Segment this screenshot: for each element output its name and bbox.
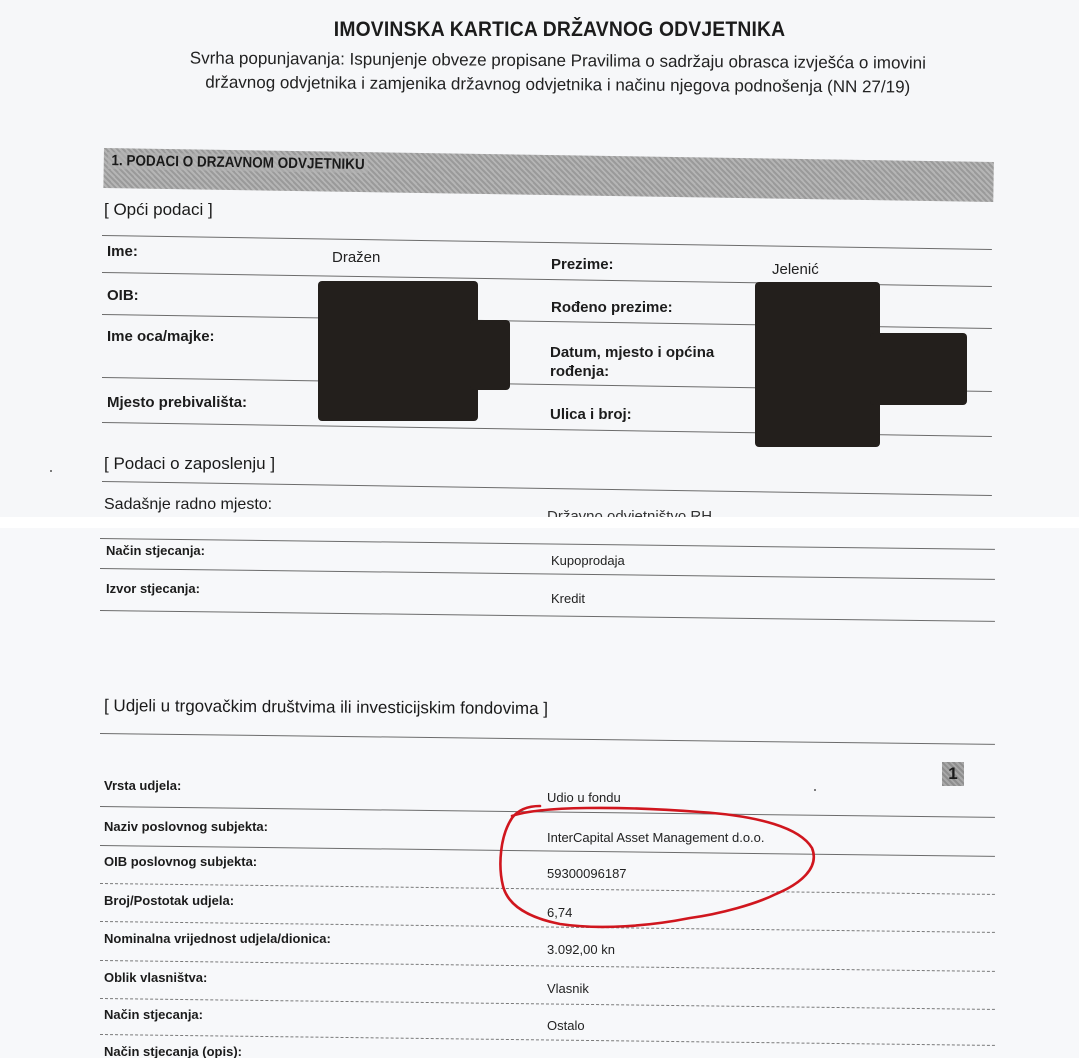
divider bbox=[102, 235, 992, 250]
field-label-oib: OIB: bbox=[107, 287, 139, 304]
field-value-prezime: Jelenić bbox=[772, 261, 819, 278]
scan-page-top: IMOVINSKA KARTICA DRŽAVNOG ODVJETNIKA Sv… bbox=[0, 0, 1079, 517]
divider bbox=[100, 806, 995, 818]
divider bbox=[100, 883, 995, 895]
divider bbox=[100, 610, 995, 622]
section-heading: 1. PODACI O DRZAVNOM ODVJETNIKU bbox=[108, 152, 369, 173]
share-percentage-label: Broj/Postotak udjela: bbox=[104, 893, 234, 908]
company-name-value: InterCapital Asset Management d.o.o. bbox=[547, 830, 765, 845]
field-label-ulica-broj: Ulica i broj: bbox=[550, 406, 632, 423]
acquisition-source-label: Izvor stjecanja: bbox=[106, 581, 200, 596]
acquisition-method-label: Način stjecanja: bbox=[106, 543, 205, 558]
field-label-radno-mjesto: Sadašnje radno mjesto: bbox=[104, 496, 272, 514]
acquisition-source-value: Kredit bbox=[551, 591, 585, 606]
general-data-heading: [ Opći podaci ] bbox=[104, 200, 213, 220]
document-subtitle: Svrha popunjavanja: Ispunjenje obveze pr… bbox=[118, 46, 998, 100]
scan-speck bbox=[50, 470, 52, 472]
redaction-block bbox=[870, 333, 967, 405]
field-label-rodeno-prezime: Rođeno prezime: bbox=[551, 299, 673, 316]
share-acquisition-value: Ostalo bbox=[547, 1018, 585, 1033]
section-heading-bar: 1. PODACI O DRZAVNOM ODVJETNIKU bbox=[103, 148, 994, 202]
divider bbox=[100, 538, 995, 550]
redaction-block bbox=[470, 320, 510, 390]
redaction-block bbox=[755, 282, 880, 447]
share-acquisition-label: Način stjecanja: bbox=[104, 1007, 203, 1022]
ownership-type-value: Vlasnik bbox=[547, 981, 589, 996]
nominal-value-label: Nominalna vrijednost udjela/dionica: bbox=[104, 931, 331, 946]
field-value-radno-mjesto: Državno odvjetništvo RH bbox=[547, 508, 712, 517]
field-label-mjesto-prebivalista: Mjesto prebivališta: bbox=[107, 394, 247, 411]
divider bbox=[100, 998, 995, 1010]
divider bbox=[100, 960, 995, 972]
share-acquisition-desc-label: Način stjecanja (opis): bbox=[104, 1044, 242, 1058]
scan-speck bbox=[814, 789, 816, 791]
share-type-label: Vrsta udjela: bbox=[104, 778, 181, 793]
divider bbox=[100, 733, 995, 745]
divider bbox=[100, 568, 995, 580]
company-oib-label: OIB poslovnog subjekta: bbox=[104, 854, 257, 869]
field-label-ime: Ime: bbox=[107, 243, 138, 260]
field-label-ime-oca-majke: Ime oca/majke: bbox=[107, 328, 215, 345]
divider bbox=[102, 481, 992, 496]
scan-page-bottom: Način stjecanja: Kupoprodaja Izvor stjec… bbox=[0, 528, 1079, 1058]
entry-number-badge: 1 bbox=[942, 762, 964, 786]
field-value-ime: Dražen bbox=[332, 249, 380, 266]
redaction-block bbox=[318, 281, 478, 421]
acquisition-method-value: Kupoprodaja bbox=[551, 553, 625, 568]
document-title: IMOVINSKA KARTICA DRŽAVNOG ODVJETNIKA bbox=[45, 18, 1038, 42]
nominal-value-value: 3.092,00 kn bbox=[547, 942, 615, 957]
field-label-datum-mjesto-rodenja: Datum, mjesto i općina rođenja: bbox=[550, 343, 714, 381]
employment-heading: [ Podaci o zaposlenju ] bbox=[104, 454, 275, 474]
share-type-value: Udio u fondu bbox=[547, 790, 621, 805]
company-name-label: Naziv poslovnog subjekta: bbox=[104, 819, 268, 834]
page-separator bbox=[0, 517, 1079, 528]
share-percentage-value: 6,74 bbox=[547, 905, 572, 920]
field-label-prezime: Prezime: bbox=[551, 256, 614, 273]
ownership-type-label: Oblik vlasništva: bbox=[104, 970, 207, 985]
company-oib-value: 59300096187 bbox=[547, 866, 627, 881]
shares-heading: [ Udjeli u trgovačkim društvima ili inve… bbox=[104, 696, 548, 719]
